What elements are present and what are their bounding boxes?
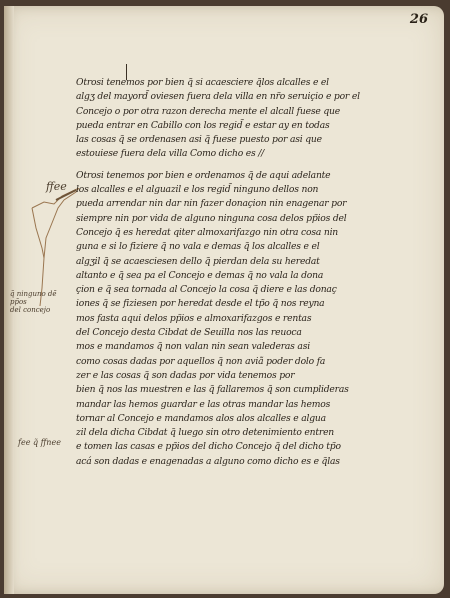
marginal-note-line: del concejo: [10, 306, 70, 314]
text-line: mos fasta aqui delos pp̃ios e almoxarifa…: [76, 312, 366, 326]
text-line: zil dela dicha Cibdat q̃ luego sin otro …: [76, 426, 366, 440]
text-line: acá son dadas e enagenadas a alguno como…: [76, 455, 366, 469]
marginal-note-fee: fee q̃ ffnee: [18, 438, 61, 447]
text-line: pueda arrendar nin dar nin fazer donaçio…: [76, 197, 366, 211]
paragraph-2: Otrosi tenemos por bien e ordenamos q̃ d…: [76, 169, 366, 469]
text-line: estouiese fuera dela villa Como dicho es…: [76, 147, 366, 161]
paragraph-1: Otrosi tenemos por bien q̃ si acaesciere…: [76, 76, 366, 162]
text-line: e tomen las casas e pp̃ios del dicho Con…: [76, 440, 366, 454]
text-line: como cosas dadas por aquellos q̃ non avi…: [76, 355, 366, 369]
text-line: Concejo o por otra razon derecha mente e…: [76, 105, 366, 119]
text-line: zer e las cosas q̃ son dadas por vida te…: [76, 369, 366, 383]
text-line: pueda entrar en Cabillo con los regid̃ e…: [76, 119, 366, 133]
text-line: algʒ del mayord̃ oviesen fuera dela vill…: [76, 90, 366, 104]
text-line: mandar las hemos guardar e las otras man…: [76, 398, 366, 412]
text-line: bien q̃ nos las muestren e las q̃ fallar…: [76, 383, 366, 397]
folio-number: 26: [410, 12, 428, 27]
text-line: mos e mandamos q̃ non valan nin sean val…: [76, 340, 366, 354]
text-line: altanto e q̃ sea pa el Concejo e demas q…: [76, 269, 366, 283]
text-line: los alcalles e el alguazil e los regid̃ …: [76, 183, 366, 197]
text-line: guna e si lo fiziere q̃ no vala e demas …: [76, 240, 366, 254]
text-line: las cosas q̃ se ordenasen asi q̃ fuese p…: [76, 133, 366, 147]
text-line: algʒil q̃ se acaesciesen dello q̃ pierda…: [76, 255, 366, 269]
text-line: Otrosi tenemos por bien q̃ si acaesciere…: [76, 76, 366, 90]
marginal-note-ninguno: q̃ ninguno dẽ pp̃os del concejo: [10, 290, 70, 314]
text-line: iones q̃ se fiziesen por heredat desde e…: [76, 297, 366, 311]
marginal-note-line: q̃ ninguno dẽ pp̃os: [10, 290, 70, 306]
text-line: Concejo q̃ es heredat qiter almoxarifazg…: [76, 226, 366, 240]
text-block: Otrosi tenemos por bien q̃ si acaesciere…: [76, 76, 366, 476]
text-line: tornar al Concejo e mandamos alos alos a…: [76, 412, 366, 426]
text-line: siempre nin por vida de alguno ninguna c…: [76, 212, 366, 226]
text-line: çion e q̃ sea tornada al Concejo la cosa…: [76, 283, 366, 297]
manuscript-page: 26 ffee q̃ ninguno dẽ pp̃os del concejo …: [4, 6, 444, 594]
text-line: del Concejo desta Cibdat de Seuilla nos …: [76, 326, 366, 340]
text-line: Otrosi tenemos por bien e ordenamos q̃ d…: [76, 169, 366, 183]
